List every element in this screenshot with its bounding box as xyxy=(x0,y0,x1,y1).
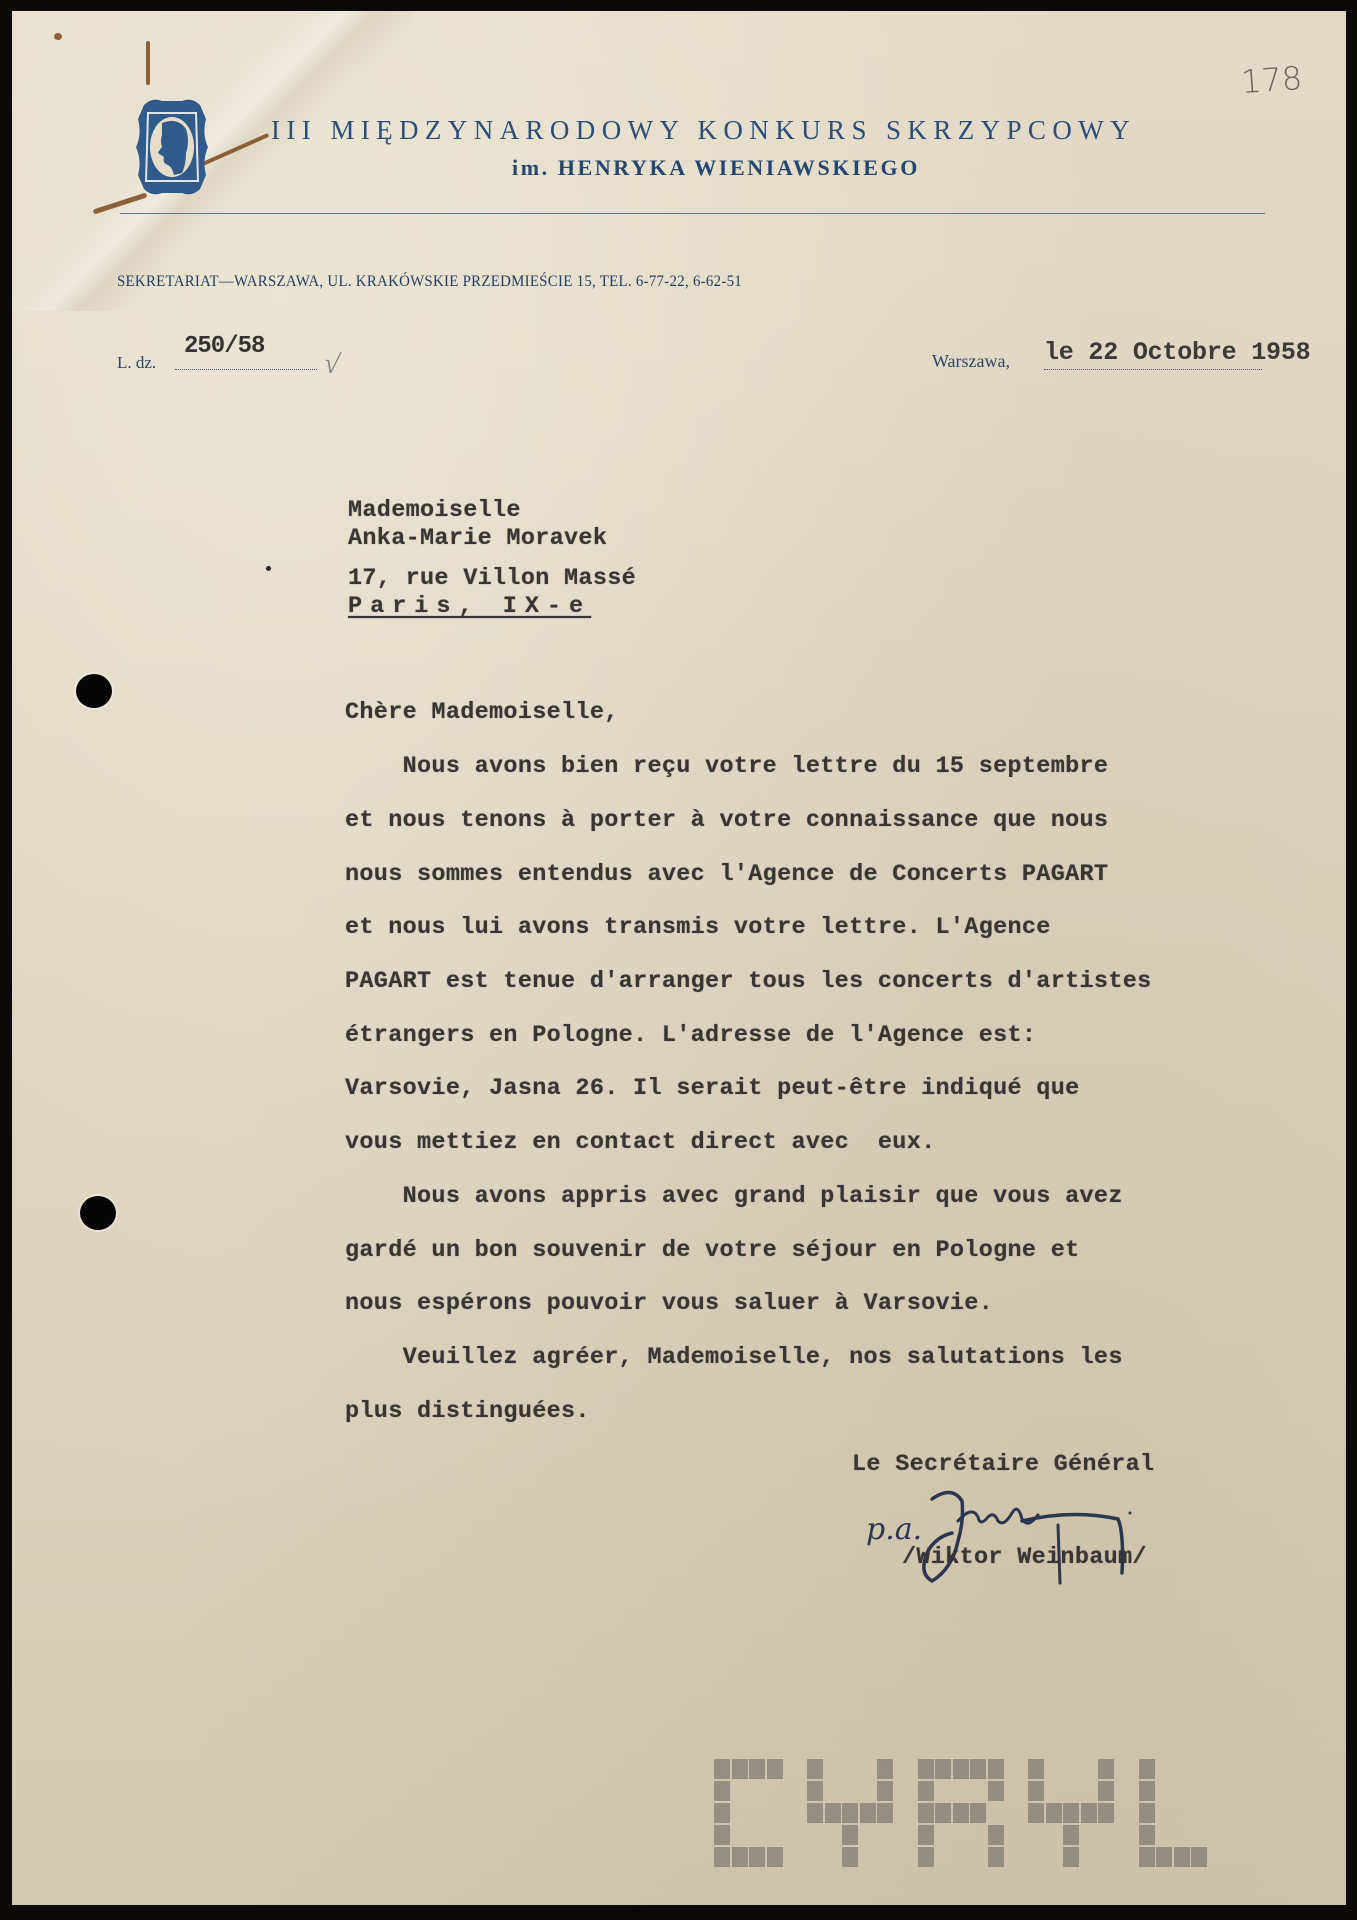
body-line: vous mettiez en contact direct avec eux. xyxy=(345,1129,936,1156)
letterhead-title: III MIĘDZYNARODOWY KONKURS SKRZYPCOWY xyxy=(271,115,1136,146)
rust-stain xyxy=(54,33,62,40)
watermark-pixel xyxy=(1139,1803,1155,1823)
watermark-pixel xyxy=(767,1759,783,1779)
recipient-line: Anka-Marie Moravek xyxy=(348,525,607,552)
watermark-pixel xyxy=(1028,1781,1044,1801)
watermark-pixel xyxy=(767,1847,783,1867)
watermark-pixel xyxy=(749,1759,765,1779)
signatory-title: Le Secrétaire Général xyxy=(852,1451,1154,1478)
watermark-pixel xyxy=(1139,1847,1155,1867)
date-dotted-line xyxy=(1044,369,1262,370)
watermark-pixel xyxy=(918,1803,934,1823)
watermark-pixel xyxy=(825,1803,841,1823)
letter-page: III MIĘDZYNARODOWY KONKURS SKRZYPCOWY im… xyxy=(12,11,1346,1905)
body-line: Veuillez agréer, Mademoiselle, nos salut… xyxy=(345,1344,1123,1371)
watermark-pixel xyxy=(842,1803,858,1823)
body-line: nous sommes entendus avec l'Agence de Co… xyxy=(345,861,1108,888)
watermark-pixel xyxy=(1098,1803,1114,1823)
watermark-pixel xyxy=(918,1847,934,1867)
watermark-pixel xyxy=(1156,1847,1172,1867)
body-line: nous espérons pouvoir vous saluer à Vars… xyxy=(345,1290,993,1317)
watermark-pixel xyxy=(1139,1781,1155,1801)
watermark-pixel xyxy=(1028,1803,1044,1823)
signatory-name: /Wiktor Weinbaum/ xyxy=(902,1544,1147,1571)
rust-stain xyxy=(146,41,150,85)
watermark-pixel xyxy=(842,1847,858,1867)
dateline-place: Warszawa, xyxy=(932,351,1010,372)
letterhead-divider xyxy=(120,213,1265,214)
watermark-pixel xyxy=(935,1759,951,1779)
salutation: Chère Mademoiselle, xyxy=(345,699,619,726)
watermark-pixel xyxy=(918,1759,934,1779)
body-line: et nous lui avons transmis votre lettre.… xyxy=(345,914,1051,941)
punch-hole xyxy=(80,1196,116,1230)
watermark-pixel xyxy=(935,1803,951,1823)
letterhead-address: SEKRETARIAT—WARSZAWA, UL. KRAKÓWSKIE PRZ… xyxy=(117,273,742,291)
watermark-pixel xyxy=(877,1803,893,1823)
watermark-pixel xyxy=(807,1781,823,1801)
watermark-pixel xyxy=(807,1759,823,1779)
reference-number: 250/58 xyxy=(184,333,264,360)
body-line: et nous tenons à porter à votre connaiss… xyxy=(345,807,1108,834)
watermark-pixel xyxy=(1191,1847,1207,1867)
ink-dot xyxy=(266,566,271,571)
watermark-pixel xyxy=(970,1759,986,1779)
checkmark-icon: √ xyxy=(321,348,342,382)
watermark-pixel xyxy=(1098,1759,1114,1779)
body-line: étrangers en Pologne. L'adresse de l'Age… xyxy=(345,1022,1036,1049)
watermark-pixel xyxy=(918,1825,934,1845)
watermark-pixel xyxy=(1063,1847,1079,1867)
watermark-pixel xyxy=(877,1759,893,1779)
watermark-pixel xyxy=(842,1825,858,1845)
watermark-pixel xyxy=(1063,1803,1079,1823)
recipient-line: Mademoiselle xyxy=(348,497,521,524)
recipient-line: 17, rue Villon Massé xyxy=(348,565,636,592)
handwritten-signature: p.a. xyxy=(862,1481,1192,1591)
watermark-pixel xyxy=(732,1759,748,1779)
watermark-pixel xyxy=(714,1803,730,1823)
watermark-pixel xyxy=(860,1803,876,1823)
cyryl-watermark-logo xyxy=(714,1759,1314,1879)
letter-date: le 22 Octobre 1958 xyxy=(1044,338,1310,367)
watermark-pixel xyxy=(988,1759,1004,1779)
recipient-city: Paris, IX-e xyxy=(348,593,591,620)
reference-dotted-line xyxy=(175,369,317,370)
watermark-pixel xyxy=(970,1803,986,1823)
watermark-pixel xyxy=(1139,1759,1155,1779)
letterhead-subtitle: im. HENRYKA WIENIAWSKIEGO xyxy=(512,155,920,181)
body-line: Nous avons bien reçu votre lettre du 15 … xyxy=(345,753,1108,780)
watermark-pixel xyxy=(877,1781,893,1801)
watermark-pixel xyxy=(1063,1825,1079,1845)
reference-label: L. dz. xyxy=(117,353,156,373)
watermark-pixel xyxy=(807,1803,823,1823)
body-line: Nous avons appris avec grand plaisir que… xyxy=(345,1183,1123,1210)
body-line: plus distinguées. xyxy=(345,1398,590,1425)
body-line: gardé un bon souvenir de votre séjour en… xyxy=(345,1237,1080,1264)
watermark-pixel xyxy=(1028,1759,1044,1779)
watermark-pixel xyxy=(714,1759,730,1779)
watermark-pixel xyxy=(953,1803,969,1823)
svg-text:p.a.: p.a. xyxy=(866,1512,922,1547)
wieniawski-profile-cameo-icon xyxy=(132,95,212,199)
watermark-pixel xyxy=(988,1847,1004,1867)
body-line: Varsovie, Jasna 26. Il serait peut-être … xyxy=(345,1075,1080,1102)
watermark-pixel xyxy=(988,1781,1004,1801)
watermark-pixel xyxy=(714,1825,730,1845)
folio-number: 178 xyxy=(1240,59,1304,101)
watermark-pixel xyxy=(714,1847,730,1867)
watermark-pixel xyxy=(1046,1803,1062,1823)
watermark-pixel xyxy=(1174,1847,1190,1867)
punch-hole xyxy=(76,674,112,708)
watermark-pixel xyxy=(714,1781,730,1801)
watermark-pixel xyxy=(1081,1803,1097,1823)
watermark-pixel xyxy=(732,1847,748,1867)
watermark-pixel xyxy=(988,1825,1004,1845)
watermark-pixel xyxy=(1098,1781,1114,1801)
body-line: PAGART est tenue d'arranger tous les con… xyxy=(345,968,1152,995)
watermark-pixel xyxy=(1139,1825,1155,1845)
watermark-pixel xyxy=(953,1759,969,1779)
watermark-pixel xyxy=(749,1847,765,1867)
watermark-pixel xyxy=(918,1781,934,1801)
